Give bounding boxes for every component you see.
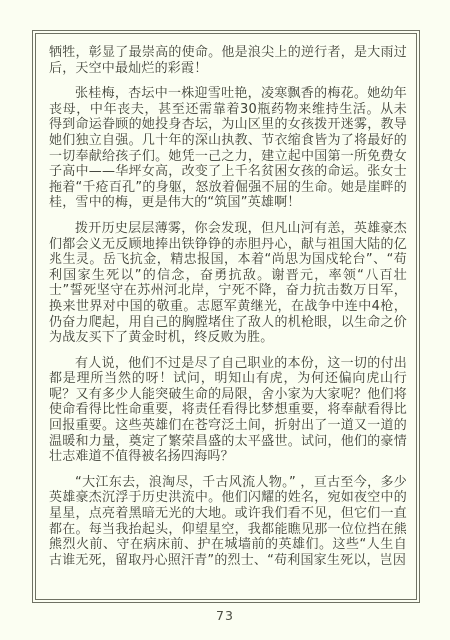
paragraph-3: 拨开历史层层薄雾，你会发现，但凡山河有恙，英雄豪杰们都会义无反顾地捧出铁铮铮的赤… [49,221,407,346]
document-page: 牺牲，彰显了最崇高的使命。他是浪尖上的逆行者，是大雨过后，天空中最灿烂的彩霞！ … [0,0,450,640]
paragraph-5: “大江东去，浪淘尽，千古风流人物。” ，亘古至今，多少英雄豪杰沉浮于历史洪流中。… [49,475,407,569]
paragraph-2: 张桂梅，杏坛中一株迎雪吐艳，凌寒飘香的梅花。她幼年丧母，中年丧夫，甚至还需靠着3… [49,86,407,211]
page-number: 73 [0,608,450,623]
text-border-frame: 牺牲，彰显了最崇高的使命。他是浪尖上的逆行者，是大雨过后，天空中最灿烂的彩霞！ … [32,30,420,603]
paragraph-1: 牺牲，彰显了最崇高的使命。他是浪尖上的逆行者，是大雨过后，天空中最灿烂的彩霞！ [49,45,407,76]
paragraph-4: 有人说，他们不过是尽了自己职业的本份，这一切的付出都是理所当然的呀！试问，明知山… [49,356,407,465]
